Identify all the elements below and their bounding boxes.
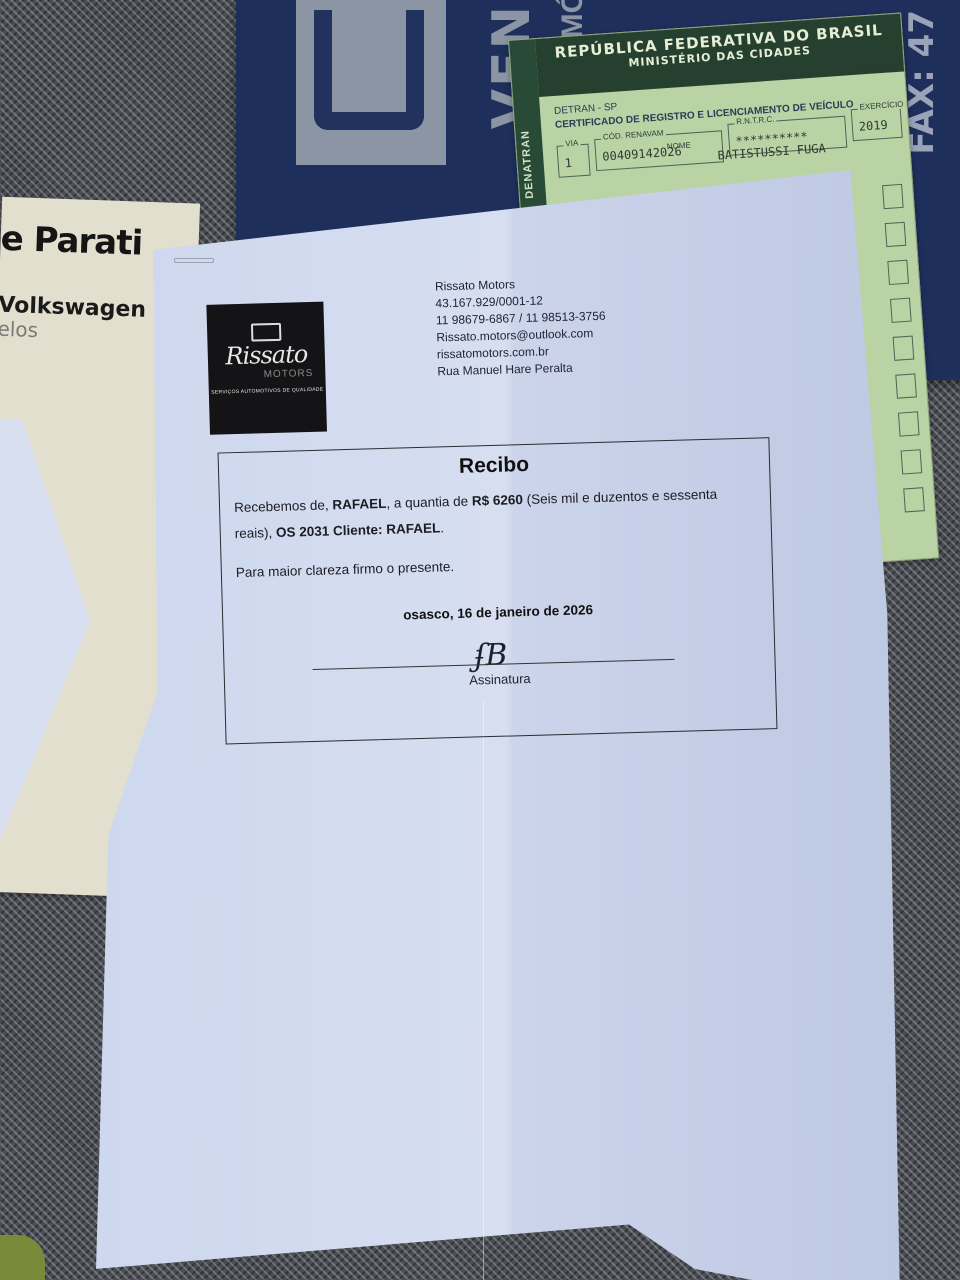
manual-title: e Parati — [0, 219, 143, 264]
crlv-rntrc-label: R.N.T.R.C. — [734, 114, 777, 126]
company-info: Rissato Motors 43.167.929/0001-12 11 986… — [435, 274, 608, 381]
crlv-via-value: 1 — [564, 156, 572, 170]
crlv-via-field: VIA 1 — [557, 144, 591, 178]
company-logo: Rissato MOTORS SERVIÇOS AUTOMOTIVOS DE Q… — [206, 302, 327, 435]
service-order: OS 2031 Cliente: RAFAEL — [276, 520, 441, 540]
crlv-detran: DETRAN - SP — [554, 102, 618, 117]
manual-subtitle: elos — [0, 317, 39, 342]
crlv-renavam-field: CÓD. RENAVAM 00409142026 — [594, 130, 724, 171]
logo-script: Rissato — [207, 340, 325, 371]
receipt: Rissato MOTORS SERVIÇOS AUTOMOTIVOS DE Q… — [200, 239, 804, 765]
body-prefix: Recebemos de, — [234, 497, 333, 515]
crlv-nome-label: NOME — [667, 141, 692, 152]
folder-vertical-text-2: MÓ — [556, 0, 590, 38]
folder-graphic-block — [296, 0, 446, 165]
receipt-date: osasco, 16 de janeiro de 2026 — [223, 597, 773, 627]
crlv-side-label: DENATRAN — [519, 130, 536, 200]
receipt-title: Recibo — [219, 446, 769, 485]
company-address: Rua Manuel Hare Peralta — [437, 359, 607, 381]
body-mid: , a quantia de — [386, 494, 472, 511]
crlv-exercicio-value: 2019 — [858, 118, 888, 134]
crlv-via-label: VIA — [563, 138, 580, 148]
receipt-body: Recebemos de, RAFAEL, a quantia de R$ 62… — [234, 481, 757, 548]
receipt-box: Recibo Recebemos de, RAFAEL, a quantia d… — [218, 437, 778, 744]
logo-tagline: SERVIÇOS AUTOMOTIVOS DE QUALIDADE — [209, 387, 326, 396]
grass-patch — [0, 1235, 45, 1280]
receipt-note: Para maior clareza firmo o presente. — [236, 551, 758, 581]
crlv-renavam-label: CÓD. RENAVAM — [601, 128, 666, 141]
crlv-exercicio-field: EXERCÍCIO 2019 — [851, 106, 903, 141]
payer-name: RAFAEL — [332, 496, 386, 513]
body-suffix: . — [440, 520, 444, 535]
piston-icon — [250, 323, 280, 342]
signature-scribble: ʄB — [474, 638, 508, 674]
paper-fold-crease — [483, 700, 484, 1280]
crlv-exercicio-label: EXERCÍCIO — [857, 99, 906, 111]
amount: R$ 6260 — [472, 492, 523, 508]
